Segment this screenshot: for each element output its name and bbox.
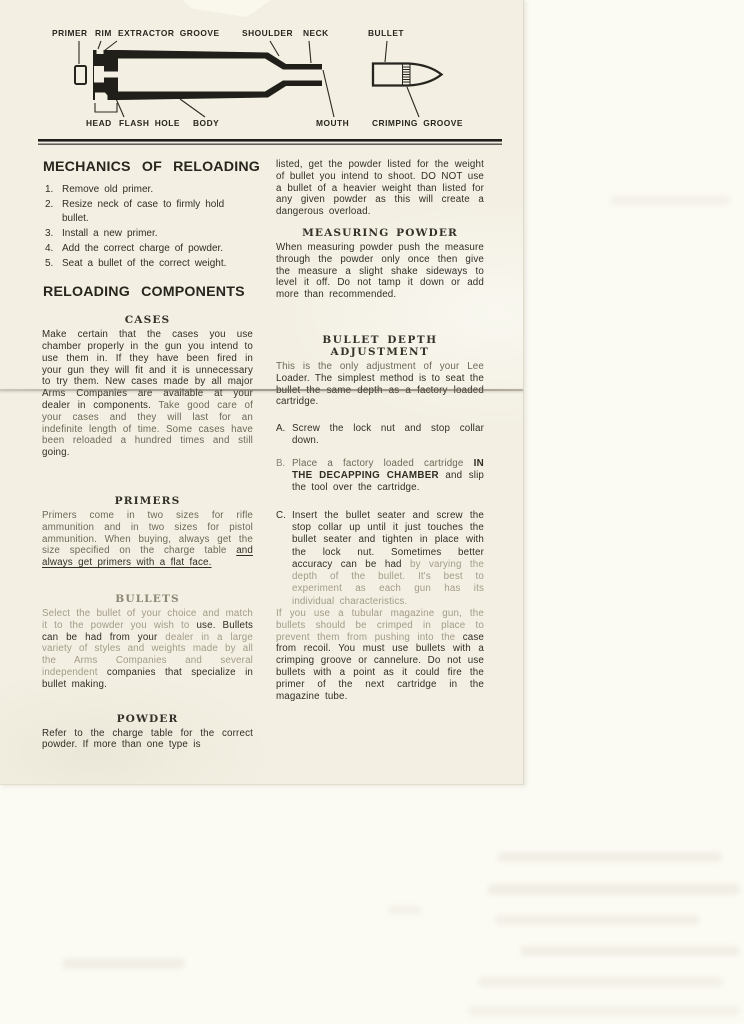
- step-number: 5.: [45, 257, 62, 272]
- heading-powder: POWDER: [42, 713, 253, 725]
- bullet-shape: [373, 64, 442, 86]
- item-label: C.: [276, 510, 292, 608]
- bleed-through-mark: [478, 977, 723, 987]
- bleed-through-mark: [62, 958, 185, 969]
- step-text: Remove old primer.: [62, 183, 253, 198]
- bleed-through-mark: [520, 946, 740, 956]
- bleed-through-mark: [468, 1006, 740, 1016]
- step-item: 1. Remove old primer.: [45, 183, 253, 198]
- cases-paragraph: Make certain that the cases you use cham…: [42, 329, 253, 459]
- tubular-magazine-paragraph: If you use a tubular magazine gun, the b…: [276, 608, 484, 702]
- step-text: Install a new primer.: [62, 227, 253, 242]
- label-neck: NECK: [303, 28, 329, 38]
- double-rule-thick: [38, 139, 502, 142]
- label-extractor-groove: EXTRACTOR GROOVE: [118, 28, 220, 38]
- bullet-depth-paragraph: This is the only adjustment of your Lee …: [276, 361, 484, 408]
- label-flash-hole: FLASH HOLE: [119, 118, 180, 128]
- case-top-wall: [118, 50, 322, 70]
- step-text: Resize neck of case to firmly hold bulle…: [62, 198, 253, 227]
- bleed-through-mark: [388, 906, 422, 914]
- adjustment-item-b: B. Place a factory loaded cartridge IN T…: [276, 458, 484, 495]
- bullets-paragraph: Select the bullet of your choice and mat…: [42, 608, 253, 691]
- double-rule-thin: [38, 144, 502, 145]
- powder-paragraph: Refer to the charge table for the correc…: [42, 728, 253, 752]
- item-label: B.: [276, 458, 292, 495]
- case-bottom-wall: [118, 81, 322, 101]
- step-item: 2. Resize neck of case to firmly hold bu…: [45, 198, 253, 227]
- powder-continuation-paragraph: listed, get the powder listed for the we…: [276, 159, 484, 218]
- step-item: 5. Seat a bullet of the correct weight.: [45, 257, 253, 272]
- step-number: 4.: [45, 242, 62, 257]
- label-mouth: MOUTH: [316, 118, 349, 128]
- item-text: Screw the lock nut and stop collar down.: [292, 423, 484, 448]
- step-number: 1.: [45, 183, 62, 198]
- crimping-groove-hatch: [403, 65, 411, 85]
- label-crimping-groove: CRIMPING GROOVE: [372, 118, 463, 128]
- bleed-through-mark: [488, 884, 740, 895]
- label-shoulder: SHOULDER: [242, 28, 293, 38]
- heading-primers: PRIMERS: [42, 495, 253, 507]
- heading-measuring-powder: MEASURING POWDER: [276, 227, 484, 239]
- step-item: 4. Add the correct charge of powder.: [45, 242, 253, 257]
- step-item: 3. Install a new primer.: [45, 227, 253, 242]
- step-text: Seat a bullet of the correct weight.: [62, 257, 253, 272]
- label-rim: RIM: [95, 28, 112, 38]
- heading-bullets: BULLETS: [42, 593, 253, 605]
- item-label: A.: [276, 423, 292, 448]
- reloading-steps-list: 1. Remove old primer. 2. Resize neck of …: [45, 183, 253, 271]
- heading-reloading-components: RELOADING COMPONENTS: [43, 284, 253, 300]
- step-number: 2.: [45, 198, 62, 227]
- heading-mechanics-of-reloading: MECHANICS OF RELOADING: [43, 159, 253, 175]
- left-column: MECHANICS OF RELOADING 1. Remove old pri…: [42, 152, 253, 751]
- measuring-powder-paragraph: When measuring powder push the measure t…: [276, 242, 484, 301]
- primer-shape: [75, 66, 86, 84]
- bleed-through-mark: [495, 915, 700, 925]
- text-columns: MECHANICS OF RELOADING 1. Remove old pri…: [42, 152, 484, 751]
- fold-crease-line: [0, 389, 523, 391]
- primers-paragraph: Primers come in two sizes for rifle ammu…: [42, 510, 253, 569]
- bleed-through-mark: [610, 196, 730, 205]
- step-number: 3.: [45, 227, 62, 242]
- label-primer: PRIMER: [52, 28, 88, 38]
- adjustment-item-a: A. Screw the lock nut and stop collar do…: [276, 423, 484, 448]
- leaflet-page: PRIMER RIM EXTRACTOR GROOVE SHOULDER NEC…: [0, 0, 524, 785]
- scanned-leaflet: PRIMER RIM EXTRACTOR GROOVE SHOULDER NEC…: [0, 0, 744, 1024]
- step-text: Add the correct charge of powder.: [62, 242, 253, 257]
- bleed-through-mark: [497, 852, 722, 862]
- heading-cases: CASES: [42, 314, 253, 326]
- case-head-shape: [93, 50, 118, 100]
- item-text: Place a factory loaded cartridge IN THE …: [292, 458, 484, 495]
- item-text: Insert the bullet seater and screw the s…: [292, 510, 484, 608]
- adjustment-item-c: C. Insert the bullet seater and screw th…: [276, 510, 484, 608]
- cartridge-diagram: PRIMER RIM EXTRACTOR GROOVE SHOULDER NEC…: [0, 0, 523, 150]
- heading-bullet-depth-adjustment: BULLET DEPTH ADJUSTMENT: [276, 334, 484, 358]
- label-bullet: BULLET: [368, 28, 404, 38]
- label-head: HEAD: [86, 118, 112, 128]
- right-column: listed, get the powder listed for the we…: [276, 152, 484, 751]
- label-body: BODY: [193, 118, 219, 128]
